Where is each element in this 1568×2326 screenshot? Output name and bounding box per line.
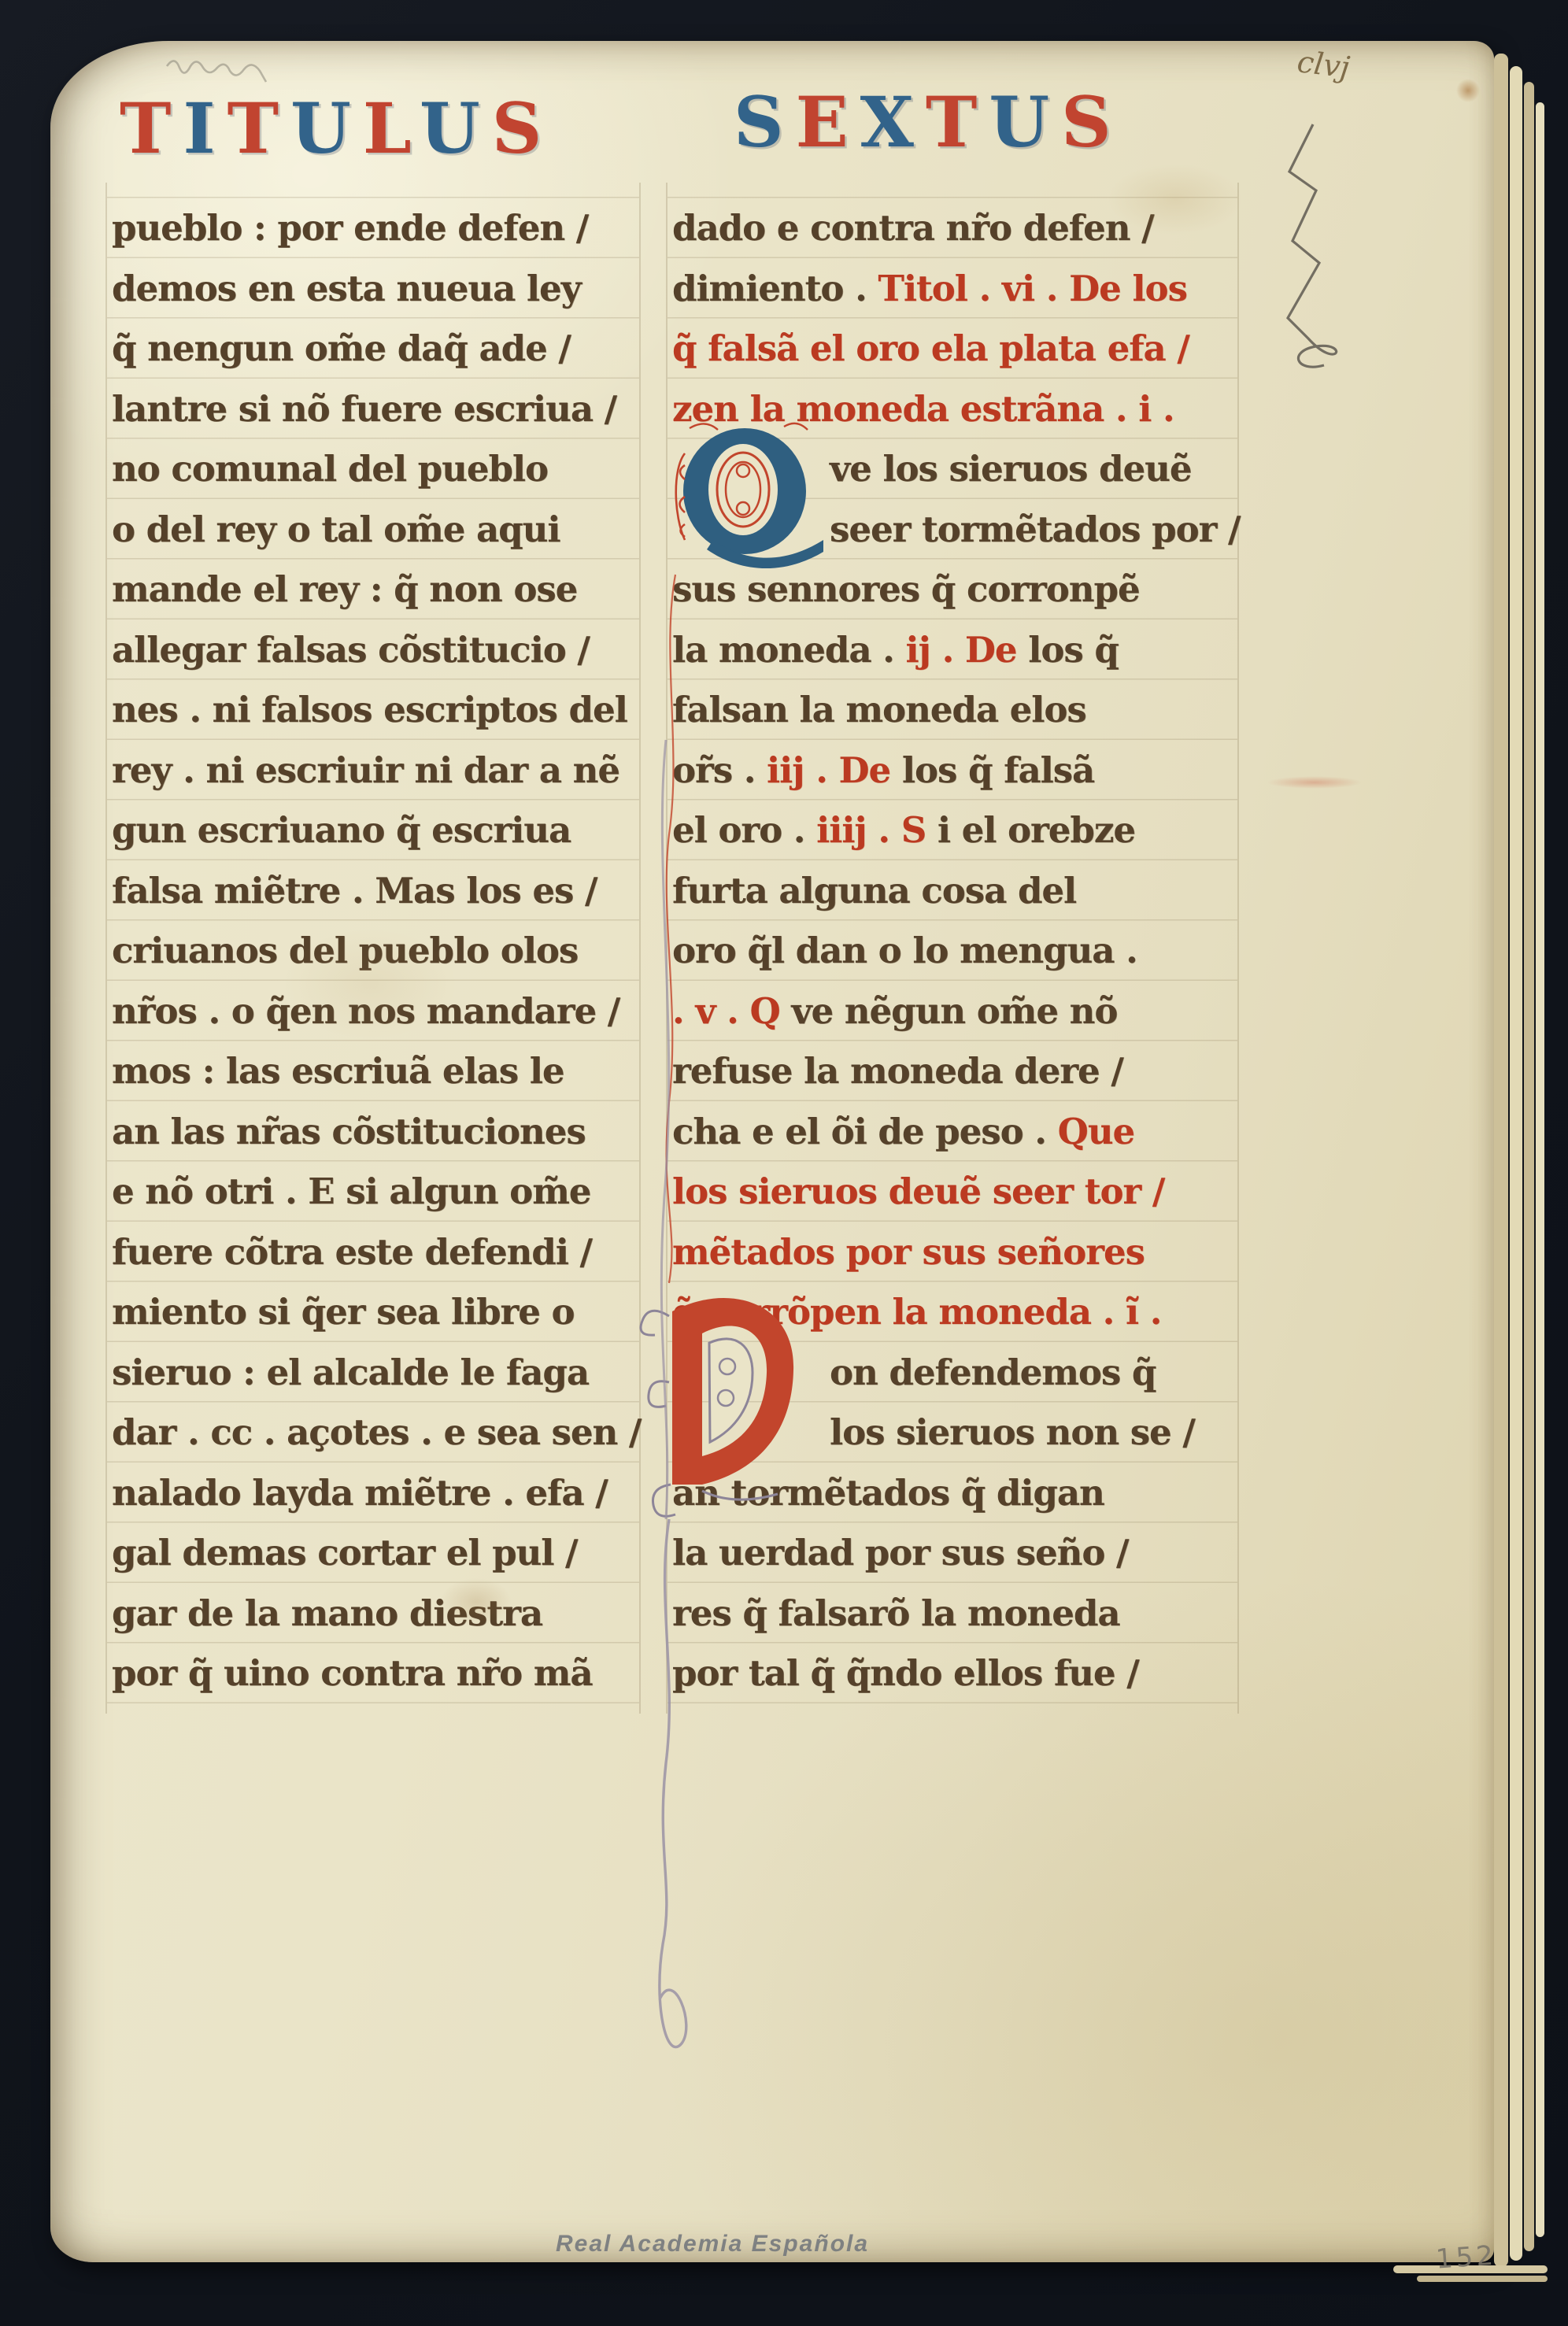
faint-pencil-inscription — [0, 0, 1568, 2326]
screenshot-stage: TITULUS SEXTUS clvj 152 Real Academia Es… — [0, 0, 1568, 2326]
